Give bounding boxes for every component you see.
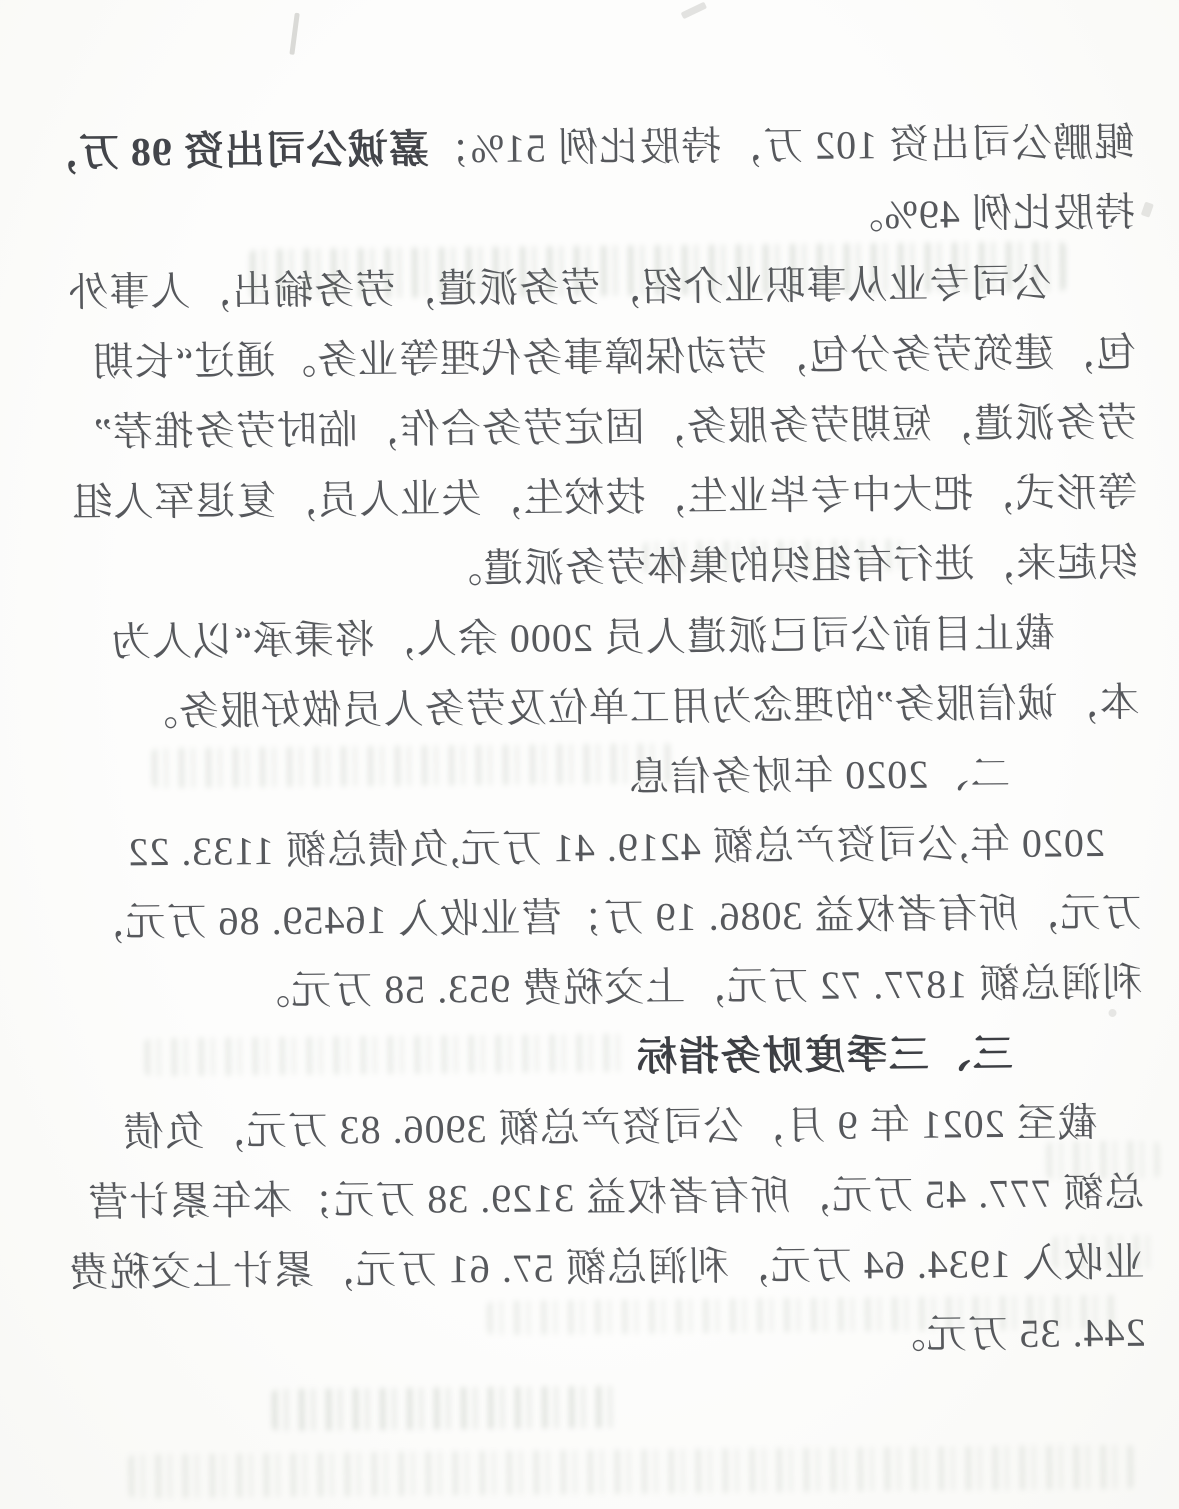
doc-line-text: 等形式，把大中专毕业生，技校生，失业人员，复退军人组 <box>71 470 1137 525</box>
doc-line: 截止目前公司已派遣人员 2000 余人，将秉承“以人为 <box>39 598 1140 679</box>
bleed-through-ghost <box>487 1295 1117 1335</box>
doc-line: 利润总额 1877. 72 万元，上交税费 953. 58 万元。 <box>42 948 1143 1029</box>
doc-line-text: 本，诚信服务”的理念为用工单位及劳务人员做好服务。 <box>137 680 1140 735</box>
scan-tilt-layer: 鲲鹏公司出资 102 万，持股比例 51%；嘉诚公司出资 98 万， 持股比例 … <box>0 0 1179 1509</box>
doc-line-text: 持股比例 49%。 <box>842 190 1135 238</box>
doc-line-text: 利润总额 1877. 72 万元，上交税费 953. 58 万元。 <box>249 960 1142 1014</box>
doc-line: 鲲鹏公司出资 102 万，持股比例 51%；嘉诚公司出资 98 万， <box>34 108 1135 189</box>
bleed-through-ghost <box>272 1386 622 1431</box>
doc-line-text: 截止目前公司已派遣人员 2000 余人，将秉承“以人为 <box>110 611 1055 665</box>
bleed-through-ghost <box>1053 1235 1153 1270</box>
doc-line-text: 劳务派遣，短期劳务服务，固定劳务合作，临时劳务推荐” <box>93 400 1137 455</box>
doc-line: 本，诚信服务”的理念为用工单位及劳务人员做好服务。 <box>39 668 1140 749</box>
doc-line: 万元，所有者权益 3086. 19 万；营业收入 16459. 86 万元， <box>41 878 1142 959</box>
doc-heading-text: 三、三季度财务指标 <box>635 1031 1013 1080</box>
doc-line-text: 鲲鹏公司出资 102 万，持股比例 51%； <box>429 120 1135 172</box>
bleed-through-ghost <box>643 539 903 573</box>
doc-heading-text: 二、2020 年财务信息 <box>628 751 1010 800</box>
document-text-block: 鲲鹏公司出资 102 万，持股比例 51%；嘉诚公司出资 98 万， 持股比例 … <box>0 0 1179 1379</box>
bleed-through-ghost <box>145 1034 625 1077</box>
doc-line-emphasis-text: 嘉诚公司出资 98 万， <box>37 127 429 176</box>
doc-line-text: 总额 777. 45 万元，所有者权益 3129. 38 万元；本年累计营 <box>87 1170 1144 1225</box>
doc-line: 总额 777. 45 万元，所有者权益 3129. 38 万元；本年累计营 <box>44 1158 1145 1239</box>
doc-line: 等形式，把大中专毕业生，技校生，失业人员，复退军人组 <box>37 458 1138 539</box>
doc-line: 织起来，进行有组织的集体劳务派遣。 <box>38 528 1139 609</box>
bleed-through-ghost <box>152 743 672 788</box>
bleed-through-ghost <box>250 241 1065 299</box>
bleed-through-ghost <box>1047 1141 1159 1180</box>
doc-line: 2020 年,公司资产总额 4219. 41 万元,负债总额 1133. 22 <box>41 808 1142 889</box>
doc-line-text: 截至 2021 年 9 月，公司资产总额 3906. 83 万元，负债 <box>122 1100 1097 1154</box>
scan-speck <box>1108 1009 1116 1017</box>
doc-line: 劳务派遣，短期劳务服务，固定劳务合作，临时劳务推荐” <box>37 388 1138 469</box>
doc-line-text: 2020 年,公司资产总额 4219. 41 万元,负债总额 1133. 22 <box>127 820 1105 874</box>
doc-line-text: 业收入 1934. 64 万元，利润总额 57. 61 万元，累计上交税费 <box>68 1240 1145 1295</box>
doc-line-text: 包，建筑劳务分包，劳动保障事务代理等业务。通过“长期 <box>92 330 1136 385</box>
scanned-page: 鲲鹏公司出资 102 万，持股比例 51%；嘉诚公司出资 98 万， 持股比例 … <box>0 0 1179 1509</box>
doc-line: 包，建筑劳务分包，劳动保障事务代理等业务。通过“长期 <box>36 318 1137 399</box>
doc-line-text: 万元，所有者权益 3086. 19 万；营业收入 16459. 86 万元， <box>83 890 1141 945</box>
doc-line: 截至 2021 年 9 月，公司资产总额 3906. 83 万元，负债 <box>43 1088 1144 1169</box>
